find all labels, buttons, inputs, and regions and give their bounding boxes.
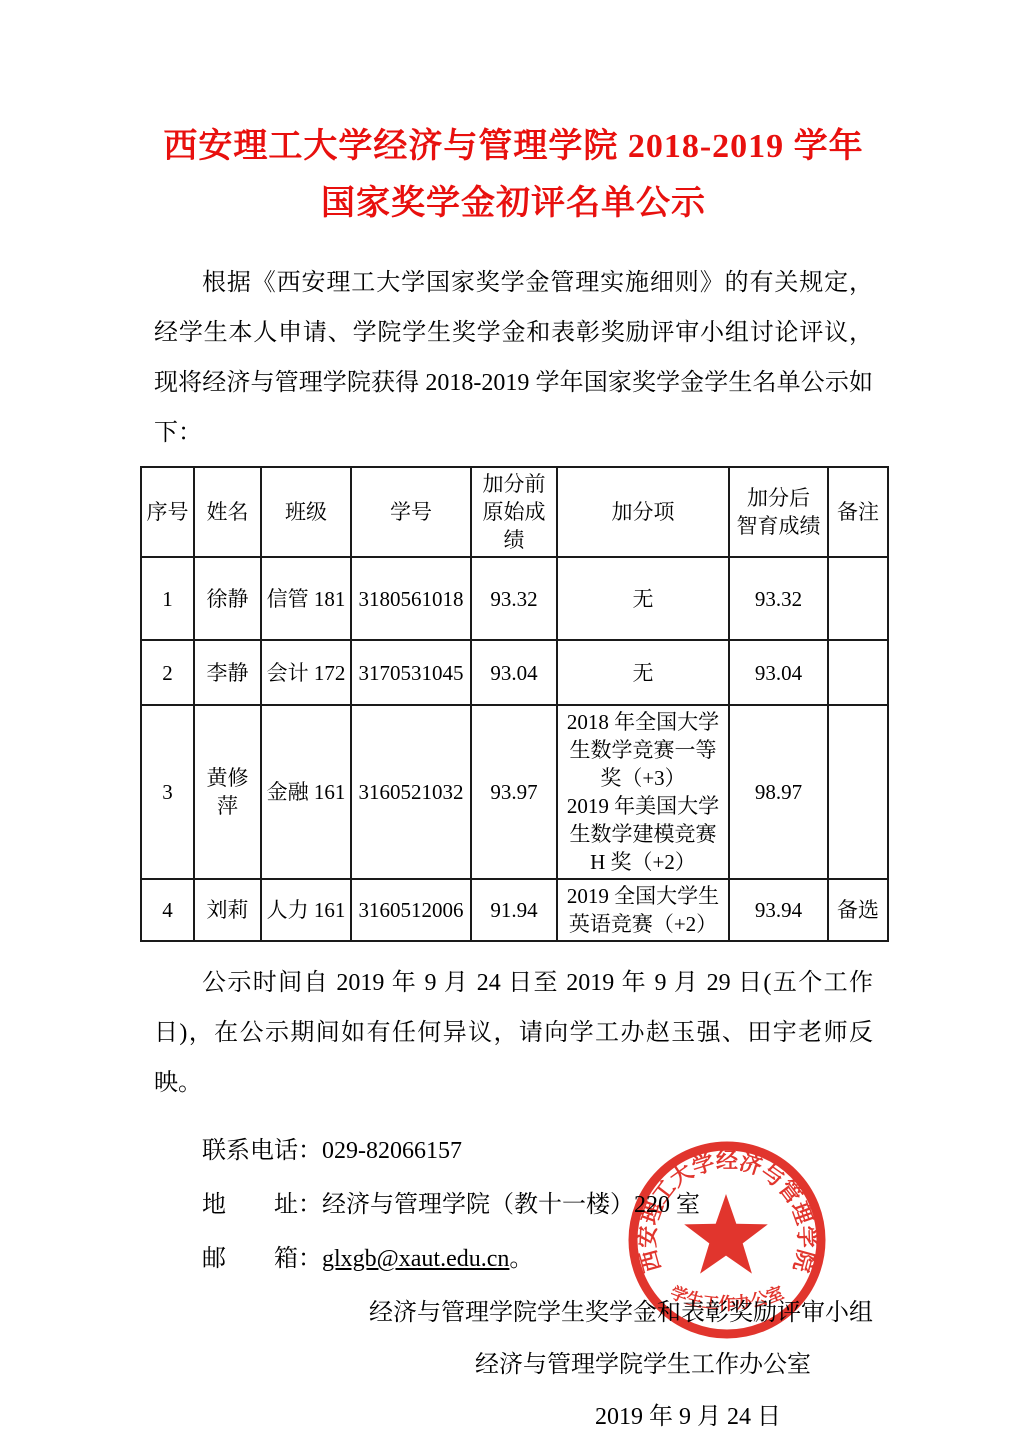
table-cell (828, 705, 888, 879)
table-cell: 2019 全国大学生英语竞赛（+2） (557, 879, 729, 941)
signature-line-2: 经济与管理学院学生工作办公室 (154, 1348, 811, 1382)
table-cell: 备选 (828, 879, 888, 941)
table-cell (828, 640, 888, 705)
table-row: 3 黄修萍 金融 161 3160521032 93.97 2018 年全国大学… (141, 705, 888, 879)
signature-date: 2019 年 9 月 24 日 (154, 1400, 781, 1434)
notice-paragraph: 公示时间自 2019 年 9 月 24 日至 2019 年 9 月 29 日(五… (154, 958, 873, 1108)
table-cell: 刘莉 (194, 879, 261, 941)
address-label: 地 址： (202, 1192, 322, 1218)
table-cell: 91.94 (471, 879, 557, 941)
table-cell: 98.97 (729, 705, 828, 879)
scholarship-table: 序号 姓名 班级 学号 加分前 原始成绩 加分项 加分后 智育成绩 备注 1 徐… (140, 466, 889, 942)
title-line-1: 西安理工大学经济与管理学院 2018-2019 学年 (140, 118, 887, 175)
table-cell: 3 (141, 705, 194, 879)
document-title: 西安理工大学经济与管理学院 2018-2019 学年 国家奖学金初评名单公示 (140, 118, 887, 232)
header-name: 姓名 (194, 467, 261, 557)
email-link[interactable]: glxgb@xaut.edu.cn (322, 1246, 509, 1272)
email-label: 邮 箱： (202, 1246, 322, 1272)
table-cell: 金融 161 (261, 705, 351, 879)
email-line: 邮 箱：glxgb@xaut.edu.cn。 (154, 1242, 873, 1276)
header-bonus-items: 加分项 (557, 467, 729, 557)
table-cell: 人力 161 (261, 879, 351, 941)
table-row: 4 刘莉 人力 161 3160512006 91.94 2019 全国大学生英… (141, 879, 888, 941)
table-cell: 黄修萍 (194, 705, 261, 879)
table-row: 2 李静 会计 172 3170531045 93.04 无 93.04 (141, 640, 888, 705)
header-score-after: 加分后 智育成绩 (729, 467, 828, 557)
phone-line: 联系电话：029-82066157 (154, 1134, 873, 1168)
table-cell: 李静 (194, 640, 261, 705)
table-cell: 4 (141, 879, 194, 941)
phone-value: 029-82066157 (322, 1138, 462, 1164)
table-cell: 93.04 (729, 640, 828, 705)
table-cell: 93.04 (471, 640, 557, 705)
table-cell: 1 (141, 557, 194, 640)
signature-block: 经济与管理学院学生奖学金和表彰奖励评审小组 经济与管理学院学生工作办公室 201… (154, 1296, 873, 1434)
table-cell: 无 (557, 640, 729, 705)
table-cell: 3160521032 (351, 705, 471, 879)
table-cell: 93.32 (729, 557, 828, 640)
header-score-before: 加分前 原始成绩 (471, 467, 557, 557)
contact-block: 联系电话：029-82066157 地 址：经济与管理学院（教十一楼）220 室… (154, 1134, 873, 1276)
email-suffix: 。 (509, 1246, 533, 1272)
address-line: 地 址：经济与管理学院（教十一楼）220 室 (154, 1188, 873, 1222)
table-cell: 会计 172 (261, 640, 351, 705)
table-cell: 2 (141, 640, 194, 705)
header-index: 序号 (141, 467, 194, 557)
table-row: 1 徐静 信管 181 3180561018 93.32 无 93.32 (141, 557, 888, 640)
table-cell (828, 557, 888, 640)
phone-label: 联系电话： (202, 1138, 322, 1164)
table-cell: 3180561018 (351, 557, 471, 640)
table-cell: 徐静 (194, 557, 261, 640)
table-cell: 93.32 (471, 557, 557, 640)
title-line-2: 国家奖学金初评名单公示 (140, 175, 887, 232)
table-cell: 93.94 (729, 879, 828, 941)
header-class: 班级 (261, 467, 351, 557)
intro-paragraph: 根据《西安理工大学国家奖学金管理实施细则》的有关规定，经学生本人申请、学院学生奖… (154, 258, 873, 458)
header-student-id: 学号 (351, 467, 471, 557)
signature-line-1: 经济与管理学院学生奖学金和表彰奖励评审小组 (154, 1296, 873, 1330)
table-cell: 3170531045 (351, 640, 471, 705)
table-cell: 2018 年全国大学生数学竞赛一等奖（+3） 2019 年美国大学生数学建模竞赛… (557, 705, 729, 879)
header-remarks: 备注 (828, 467, 888, 557)
table-cell: 93.97 (471, 705, 557, 879)
table-cell: 无 (557, 557, 729, 640)
table-cell: 信管 181 (261, 557, 351, 640)
document-page: 西安理工大学经济与管理学院 2018-2019 学年 国家奖学金初评名单公示 根… (0, 0, 1024, 1448)
table-cell: 3160512006 (351, 879, 471, 941)
table-header-row: 序号 姓名 班级 学号 加分前 原始成绩 加分项 加分后 智育成绩 备注 (141, 467, 888, 557)
address-value: 经济与管理学院（教十一楼）220 室 (322, 1192, 700, 1218)
